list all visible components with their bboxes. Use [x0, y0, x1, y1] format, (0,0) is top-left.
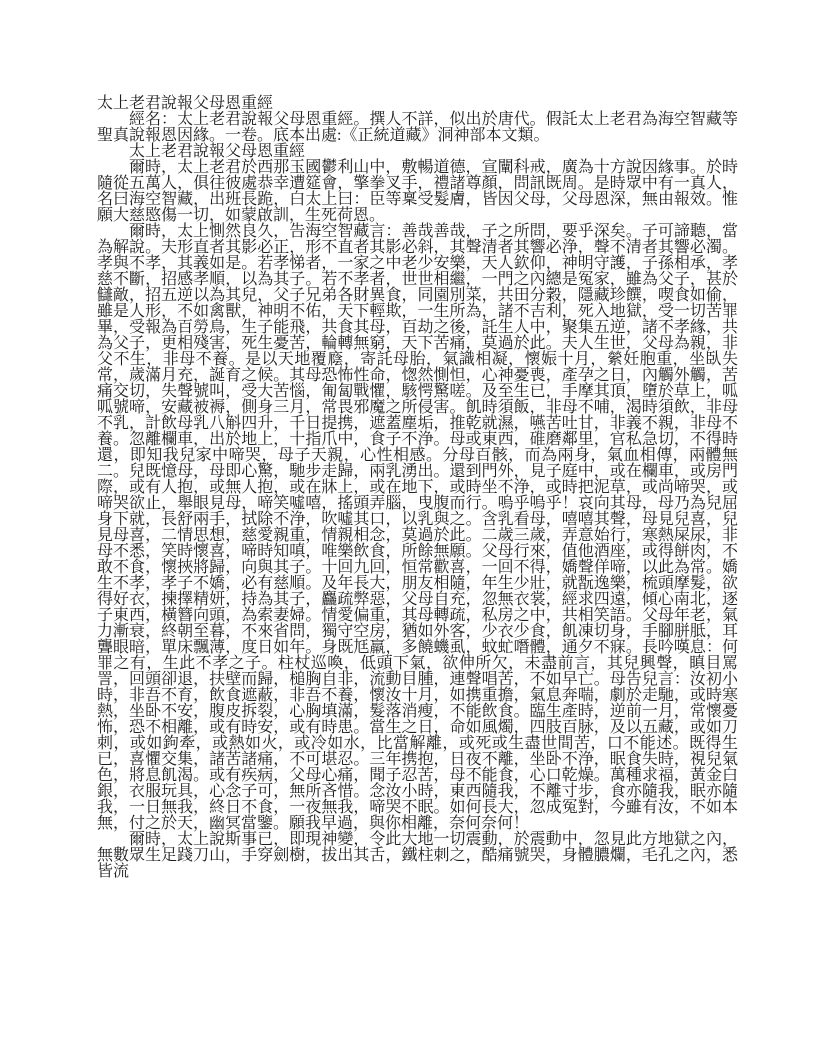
body-paragraph: 爾時，太上惻然良久，告海空智藏言：善哉善哉，子之所問，要乎深矣。子可諦聽，當為解…: [97, 224, 738, 832]
document-page: 太上老君說報父母恩重經 經名：太上老君說報父母恩重經。撰人不詳，似出於唐代。假託…: [0, 0, 816, 1056]
ending-paragraph: 爾時，太上說斯事已，即現神變，令此大地一切震動，於震動中，忽見此方地獄之內，無數…: [97, 832, 738, 880]
inner-scripture-title: 太上老君說報父母恩重經: [97, 144, 738, 160]
main-title: 太上老君說報父母恩重經: [97, 96, 738, 112]
opening-paragraph: 爾時，太上老君於西那玉國鬱利山中，敷暢道德，宣闡科戒，廣為十方說因緣事。於時隨從…: [97, 160, 738, 224]
colophon-paragraph: 經名：太上老君說報父母恩重經。撰人不詳，似出於唐代。假託太上老君為海空智藏等聖真…: [97, 112, 738, 144]
scripture-text-block: 太上老君說報父母恩重經 經名：太上老君說報父母恩重經。撰人不詳，似出於唐代。假託…: [97, 96, 738, 880]
